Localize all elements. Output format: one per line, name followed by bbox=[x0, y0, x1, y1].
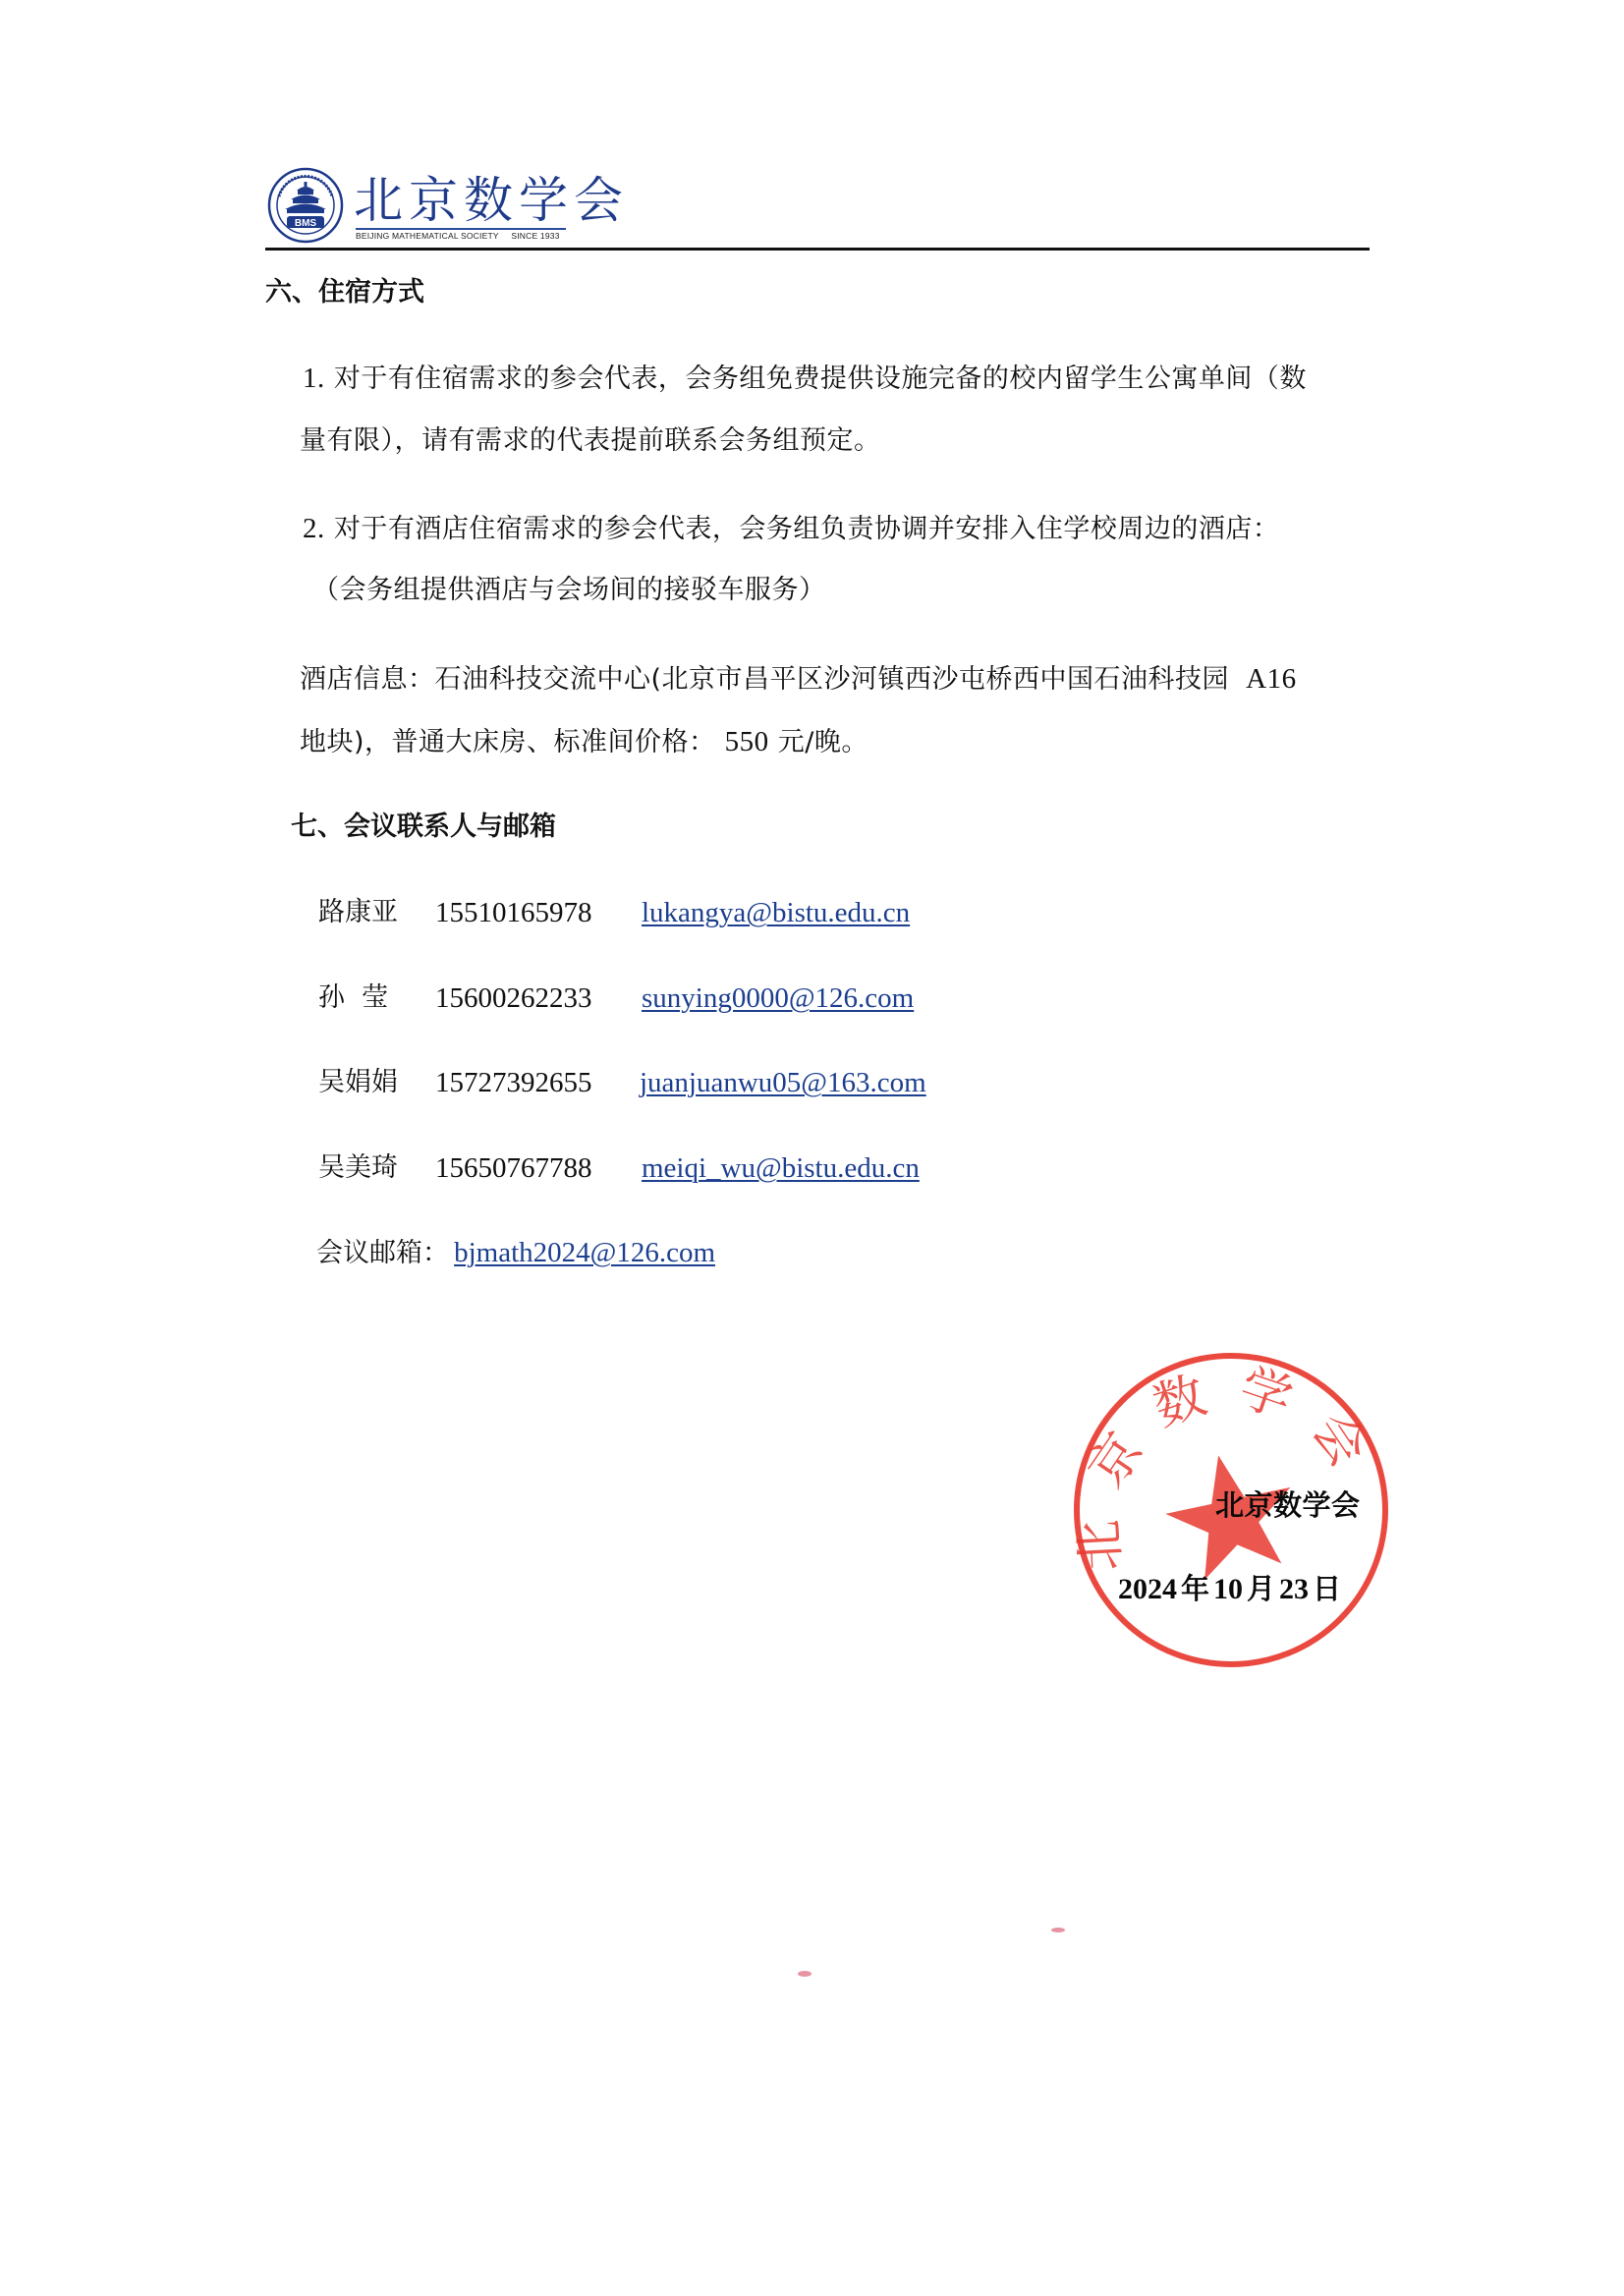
contact-email-link[interactable]: lukangya@bistu.edu.cn bbox=[642, 896, 910, 929]
signature-organization: 北京数学会 bbox=[1215, 1488, 1361, 1522]
contact-email-link[interactable]: sunying0000@126.com bbox=[642, 981, 914, 1015]
society-name-en: BEIJING MATHEMATICAL SOCIETY SINCE 1933 bbox=[356, 231, 560, 241]
svg-text:BMS: BMS bbox=[295, 218, 317, 229]
item-2-text: 对于有酒店住宿需求的参会代表，会务组负责协调并安排入住学校周边的酒店： bbox=[334, 514, 1280, 544]
item-1-number: 1. bbox=[303, 363, 325, 394]
contact-email-link[interactable]: juanjuanwu05@163.com bbox=[640, 1066, 926, 1099]
conference-email-label: 会议邮箱： bbox=[316, 1238, 449, 1268]
hotel-plot-number: A16 bbox=[1246, 663, 1296, 695]
date-year: 2024 bbox=[1118, 1573, 1177, 1605]
accommodation-item-1-line-2: 量有限），请有需求的代表提前联系会务组预定。 bbox=[300, 424, 881, 458]
society-since-text: SINCE 1933 bbox=[511, 231, 559, 241]
society-emblem-logo: BMS bbox=[267, 167, 344, 244]
society-name-cn: 北京数学会 bbox=[354, 173, 629, 228]
hotel-info-text: 酒店信息：石油科技交流中心(北京市昌平区沙河镇西沙屯桥西中国石油科技园 bbox=[300, 664, 1229, 695]
accommodation-item-2-line-1: 2. 对于有酒店住宿需求的参会代表，会务组负责协调并安排入住学校周边的酒店： bbox=[303, 512, 1279, 546]
date-day: 23 bbox=[1279, 1573, 1309, 1605]
date-month: 10 bbox=[1213, 1573, 1243, 1605]
date-year-unit: 年 bbox=[1177, 1572, 1213, 1605]
society-name-en-text: BEIJING MATHEMATICAL SOCIETY bbox=[356, 231, 499, 241]
conference-email-row: 会议邮箱： bjmath2024@126.com bbox=[316, 1236, 715, 1270]
hotel-info-line-1: 酒店信息：石油科技交流中心(北京市昌平区沙河镇西沙屯桥西中国石油科技园 A16 bbox=[300, 662, 1297, 697]
hotel-info-line-2: 地块)，普通大床房、标准间价格： 550 元/晚。 bbox=[300, 725, 868, 759]
signature-date: 2024年10月23日 bbox=[1118, 1572, 1345, 1606]
item-1-text: 对于有住宿需求的参会代表，会务组免费提供设施完备的校内留学生公寓单间（数 bbox=[334, 364, 1307, 394]
contact-phone: 15727392655 bbox=[435, 1066, 592, 1099]
contact-name: 孙 莹 bbox=[318, 981, 388, 1015]
scan-artifact bbox=[798, 1971, 812, 1977]
contact-name: 吴娟娟 bbox=[318, 1066, 398, 1099]
date-month-unit: 月 bbox=[1243, 1572, 1279, 1605]
contact-phone: 15650767788 bbox=[435, 1151, 592, 1185]
item-2-number: 2. bbox=[303, 513, 325, 544]
accommodation-item-1-line-1: 1. 对于有住宿需求的参会代表，会务组免费提供设施完备的校内留学生公寓单间（数 bbox=[303, 362, 1307, 396]
contact-name: 路康亚 bbox=[318, 896, 398, 929]
header-divider bbox=[265, 248, 1370, 251]
section-6-heading: 六、住宿方式 bbox=[265, 277, 424, 308]
hotel-price-unit: 元/晚。 bbox=[778, 727, 868, 757]
date-day-unit: 日 bbox=[1309, 1572, 1345, 1605]
conference-email-link[interactable]: bjmath2024@126.com bbox=[454, 1237, 715, 1268]
hotel-price-value: 550 bbox=[725, 726, 769, 757]
contact-phone: 15510165978 bbox=[435, 896, 592, 929]
contact-name: 吴美琦 bbox=[318, 1151, 398, 1185]
temple-of-heaven-icon: BMS bbox=[267, 167, 344, 244]
hotel-price-label: 地块)，普通大床房、标准间价格： bbox=[300, 727, 716, 757]
contact-phone: 15600262233 bbox=[435, 981, 592, 1015]
accommodation-item-2-line-2: （会务组提供酒店与会场间的接驳车服务） bbox=[312, 574, 826, 607]
section-7-heading: 七、会议联系人与邮箱 bbox=[291, 812, 556, 843]
logo-underline bbox=[356, 228, 566, 230]
scan-artifact bbox=[1051, 1928, 1065, 1932]
contact-email-link[interactable]: meiqi_wu@bistu.edu.cn bbox=[642, 1151, 920, 1185]
